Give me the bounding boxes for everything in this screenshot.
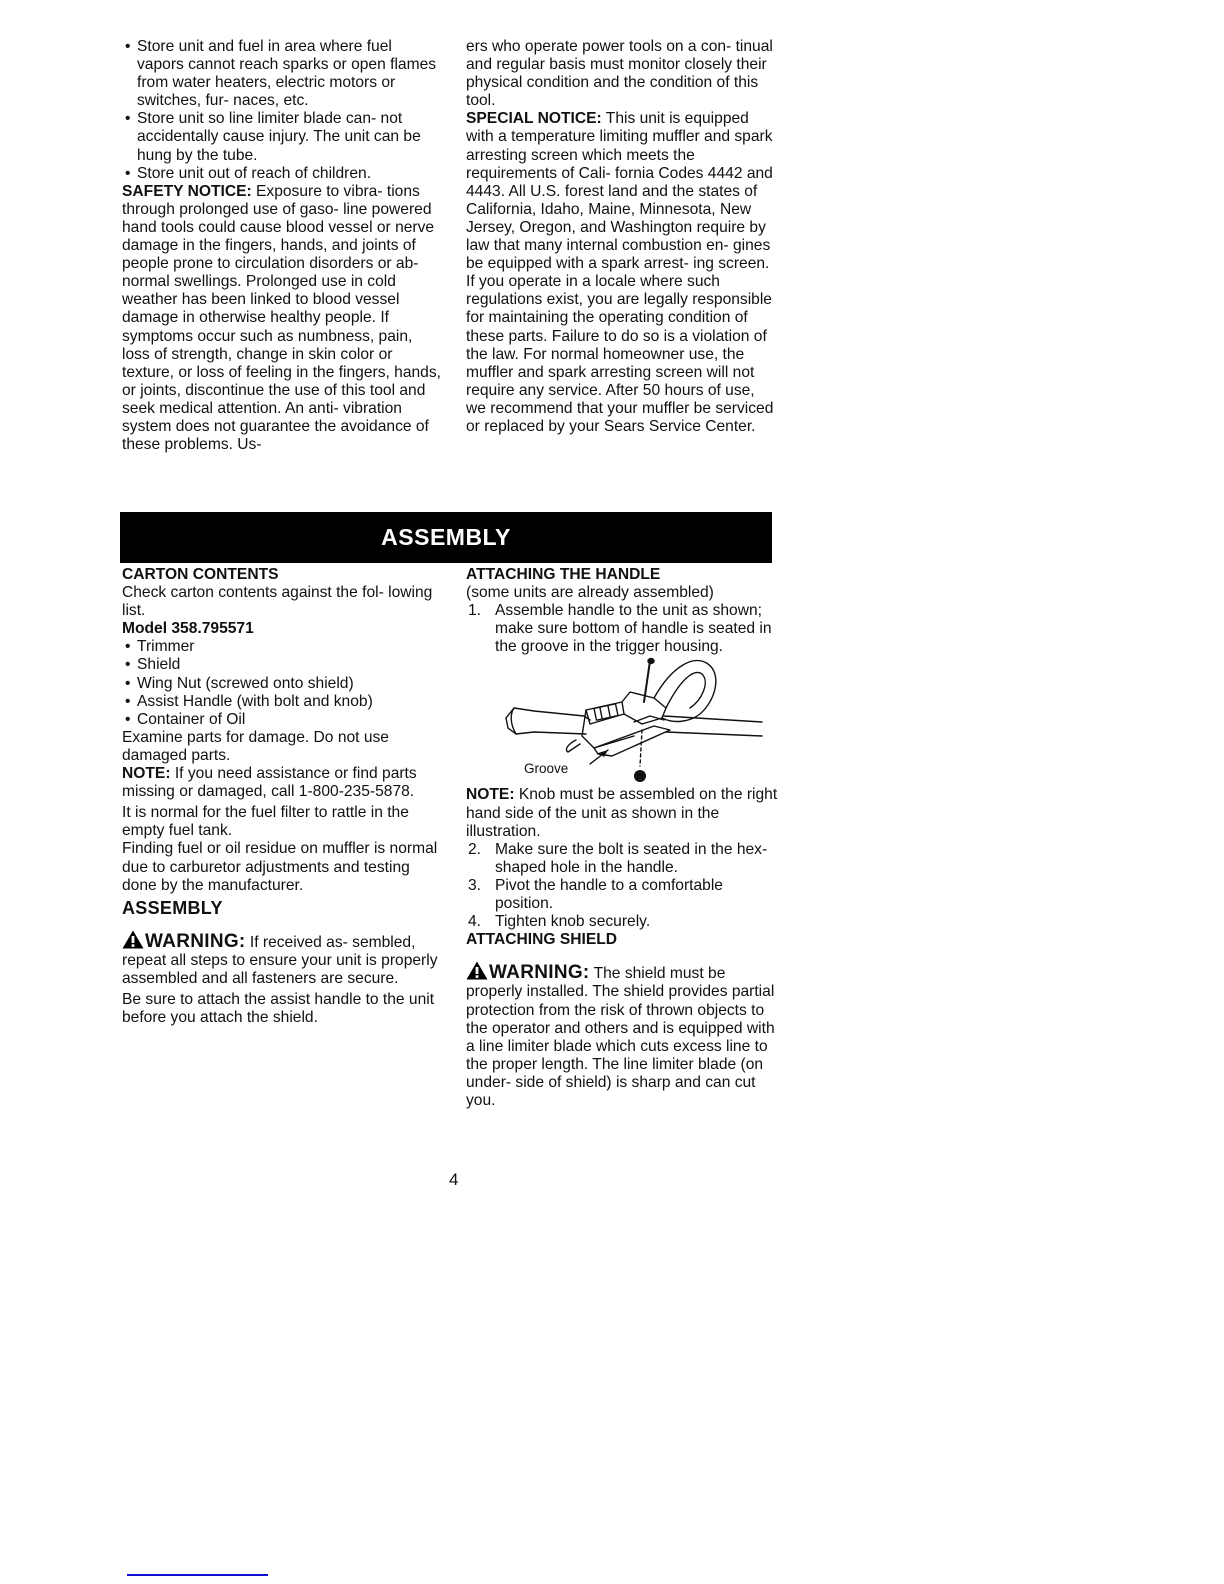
handle-steps-list: 2.Make sure the bolt is seated in the he… [466, 841, 778, 931]
step-text: Assemble handle to the unit as shown; ma… [495, 602, 772, 655]
bottom-rule [127, 1574, 268, 1576]
examine-parts-text: Examine parts for damage. Do not use dam… [122, 729, 442, 765]
bottom-right-column: ATTACHING THE HANDLE (some units are alr… [466, 566, 778, 1110]
safety-notice-label: SAFETY NOTICE: [122, 183, 252, 200]
assembly-heading: ASSEMBLY [122, 898, 442, 918]
groove-label: Groove [524, 760, 568, 778]
storage-bullet: Store unit out of reach of children. [122, 165, 442, 183]
top-right-column: ers who operate power tools on a con- ti… [466, 38, 778, 436]
safety-notice-continued: ers who operate power tools on a con- ti… [466, 38, 778, 110]
handle-step: 3.Pivot the handle to a comfortable posi… [466, 877, 778, 913]
safety-notice: SAFETY NOTICE: Exposure to vibra- tions … [122, 183, 442, 454]
step-text: Pivot the handle to a comfortable positi… [495, 877, 723, 912]
fuel-residue-text: Finding fuel or oil residue on muffler i… [122, 840, 442, 894]
carton-item: Trimmer [122, 638, 442, 656]
warning-triangle-icon [466, 961, 488, 980]
carton-item: Assist Handle (with bolt and knob) [122, 693, 442, 711]
handle-assembly-illustration: Groove [494, 656, 794, 786]
assist-handle-reminder: Be sure to attach the assist handle to t… [122, 991, 442, 1027]
page-number: 4 [449, 1170, 458, 1190]
step-number: 2. [468, 841, 481, 859]
attaching-handle-heading: ATTACHING THE HANDLE [466, 566, 778, 584]
step-text: Tighten knob securely. [495, 913, 650, 930]
step-number: 4. [468, 913, 481, 931]
special-notice: SPECIAL NOTICE: This unit is equipped wi… [466, 110, 778, 436]
storage-bullet-list: Store unit and fuel in area where fuel v… [122, 38, 442, 183]
carton-intro: Check carton contents against the fol- l… [122, 584, 442, 620]
assembly-section-banner: ASSEMBLY [120, 512, 772, 563]
special-notice-text: This unit is equipped with a temperature… [466, 110, 773, 435]
handle-step-1: 1.Assemble handle to the unit as shown; … [466, 602, 778, 656]
step-text: Make sure the bolt is seated in the hex-… [495, 841, 767, 876]
fuel-filter-rattle-text: It is normal for the fuel filter to ratt… [122, 804, 442, 840]
special-notice-label: SPECIAL NOTICE: [466, 110, 602, 127]
handle-step: 2.Make sure the bolt is seated in the he… [466, 841, 778, 877]
attaching-handle-subtitle: (some units are already assembled) [466, 584, 778, 602]
warning-text: The shield must be properly installed. T… [466, 965, 775, 1109]
storage-bullet: Store unit so line limiter blade can- no… [122, 110, 442, 164]
carton-contents-heading: CARTON CONTENTS [122, 566, 442, 584]
safety-notice-text: Exposure to vibra- tions through prolong… [122, 183, 441, 453]
warning-triangle-icon [122, 930, 144, 949]
note-label: NOTE: [466, 786, 515, 803]
shield-warning: WARNING: The shield must be properly ins… [466, 961, 778, 1110]
top-left-column: Store unit and fuel in area where fuel v… [122, 38, 442, 454]
handle-step: 4.Tighten knob securely. [466, 913, 778, 931]
knob-note: NOTE: Knob must be assembled on the righ… [466, 786, 778, 840]
carton-note: NOTE: If you need assistance or find par… [122, 765, 442, 801]
carton-item: Shield [122, 656, 442, 674]
carton-item: Container of Oil [122, 711, 442, 729]
warning-label: WARNING: [489, 962, 590, 983]
step-number: 1. [468, 602, 481, 620]
attaching-shield-heading: ATTACHING SHIELD [466, 931, 778, 949]
carton-item: Wing Nut (screwed onto shield) [122, 675, 442, 693]
bottom-left-column: CARTON CONTENTS Check carton contents ag… [122, 566, 442, 1027]
carton-items-list: Trimmer Shield Wing Nut (screwed onto sh… [122, 638, 442, 728]
assembly-warning: WARNING: If received as- sembled, repeat… [122, 930, 442, 988]
step-number: 3. [468, 877, 481, 895]
warning-label: WARNING: [145, 931, 246, 952]
storage-bullet: Store unit and fuel in area where fuel v… [122, 38, 442, 110]
model-number: Model 358.795571 [122, 620, 442, 638]
note-label: NOTE: [122, 765, 171, 782]
